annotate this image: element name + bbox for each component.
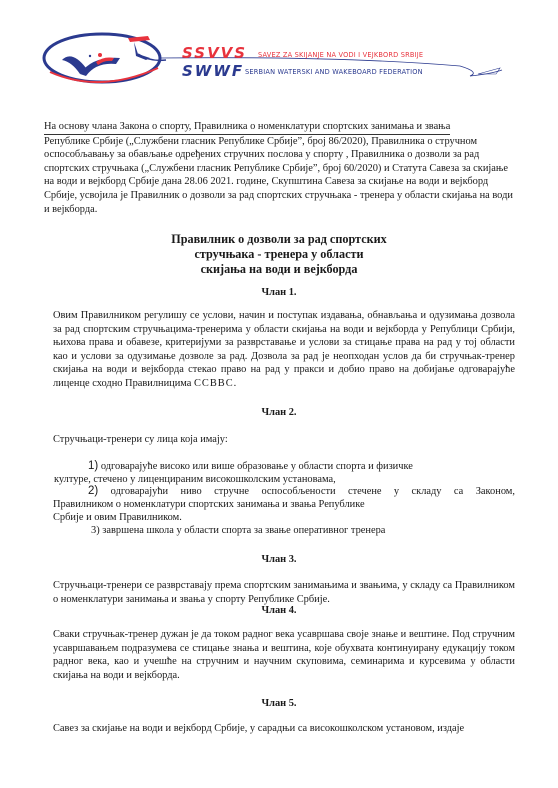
article-2-item-3: 3) завршена школа у области спорта за зв… [91,524,511,538]
preamble-first-line: На основу члана Закона о спорту, Правилн… [44,120,450,135]
title-line-1: Правилник о дозволи за рад спортских [120,232,438,247]
article-2-item-2-cont-2: Србије и овим Правилником. [53,511,493,525]
article-1-text: Овим Правилником регулишу се услови, нач… [53,309,515,391]
article-2-intro: Стручњаци-тренери су лица која имају: [53,433,513,447]
article-4-text: Сваки стручњак-тренер дужан је да током … [53,628,515,682]
article-2-item-1: 1) одговарајуће високо или више образова… [88,460,508,474]
article-5-heading: Члан 5. [0,698,558,709]
title-line-3: скијања на води и вејкборда [120,262,438,277]
org-name-english: SERBIAN WATERSKI AND WAKEBOARD FEDERATIO… [245,68,423,76]
waterski-emblem-icon [40,28,510,92]
article-2-item-2: 2) одговарајући ниво стручне оспособљено… [88,485,515,499]
article-2-heading: Члан 2. [0,407,558,418]
item-1-line-1: одговарајуће високо или више образовање … [101,461,413,472]
article-1-body: Овим Правилником регулишу се услови, нач… [53,310,515,389]
article-2-item-2-cont-1: Правилником о номенклатури спортских зан… [53,498,493,512]
org-name-serbian: SAVEZ ZA SKIJANJE NA VODI I VEJKBORD SRB… [258,51,423,59]
article-1-heading: Члан 1. [0,287,558,298]
logo-abbreviation-sr: SSVVS [182,44,247,62]
document-title: Правилник о дозволи за рад спортских стр… [120,232,438,276]
item-2-line-1: одговарајући ниво стручне оспособљености… [111,486,515,497]
article-1-tail: ССВВС. [194,378,237,389]
article-3-text: Стручњаци-тренери се разврставају према … [53,579,515,606]
item-3-number: 3) [91,525,100,536]
federation-logo: SSVVS SWWF SAVEZ ZA SKIJANJE NA VODI I V… [40,28,510,92]
title-line-2: стручњака - тренера у области [120,247,438,262]
item-3-line-1: завршена школа у области спорта за звање… [102,525,385,536]
logo-abbreviation-en: SWWF [182,62,244,80]
article-4-heading: Члан 4. [0,605,558,616]
article-3-heading: Члан 3. [0,554,558,565]
preamble-text: Републике Србије („Службени гласник Репу… [44,136,513,215]
item-2-number: 2) [88,485,98,497]
item-1-number: 1) [88,460,98,472]
preamble-paragraph: На основу члана Закона о спорту, Правилн… [44,120,516,216]
article-5-text: Савез за скијање на води и вејкборд Срби… [53,722,515,736]
document-page: SSVVS SWWF SAVEZ ZA SKIJANJE NA VODI I V… [0,0,558,788]
